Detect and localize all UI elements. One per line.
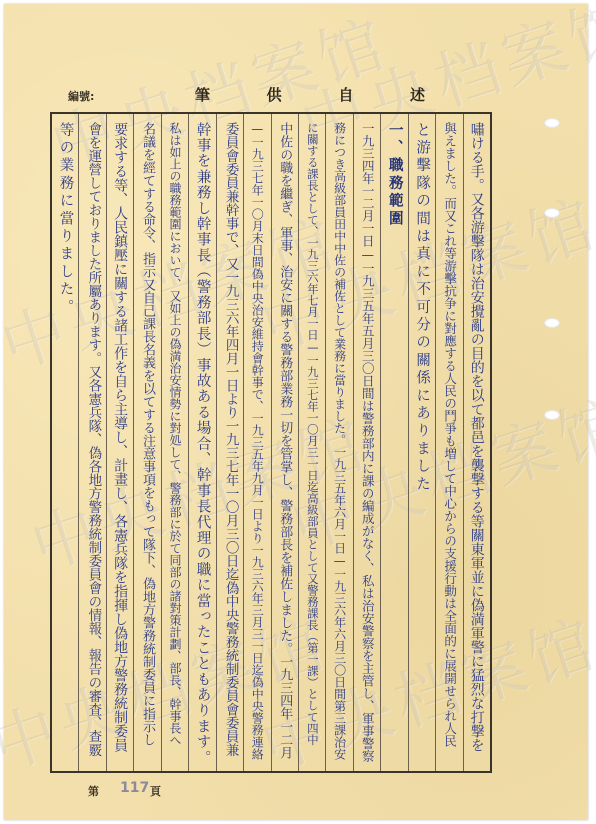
column-text: 幹事を兼務し幹事長（警務部長）事故ある場合、幹事長代理の職に當ったこともあります… bbox=[195, 122, 210, 766]
manuscript-column: 名議を經てする命令、指示又自己課長名義を以てする注意事項をもって隊下、偽地方警務… bbox=[133, 114, 160, 771]
manuscript-column: と游擊隊の間は真に不可分の關係にありました bbox=[408, 114, 435, 771]
serial-number-label: 編號: bbox=[68, 88, 94, 104]
column-text: 要求する等、人民鎮壓に關する諸工作を自ら主導し、計畫し、各憲兵隊を指揮し偽地方警… bbox=[113, 122, 127, 752]
column-text: 中佐の職を繼ぎ、軍事、治安に關する警務部業務一切を管掌し、警務部長を補佐しました… bbox=[278, 122, 291, 759]
manuscript-column: 要求する等、人民鎮壓に關する諸工作を自ら主導し、計畫し、各憲兵隊を指揮し偽地方警… bbox=[106, 114, 133, 771]
manuscript-column: 中佐の職を繼ぎ、軍事、治安に關する警務部業務一切を管掌し、警務部長を補佐しました… bbox=[271, 114, 298, 771]
column-text: 等の業務に當りました。 bbox=[58, 122, 73, 317]
column-text: 與えました。而又これ等游擊抗争に對應する人民の鬥爭も増して中心からの支援行動は全… bbox=[443, 122, 456, 747]
title-char: 筆 bbox=[195, 84, 210, 105]
manuscript-column: 私は如上の職務範圍において、又如上の偽満治安情勢に對処して、警務部に於て同部の諸… bbox=[161, 114, 188, 771]
page-prefix: 第 bbox=[88, 783, 99, 799]
column-text: —一九三七年一〇月末日間偽中央治安維持會幹事で、一九三五年九月一日より一九三六年… bbox=[251, 122, 263, 760]
manuscript-grid: 嘯ける手。又各游擊隊は治安攪亂の目的を以て都邑を襲撃する等關東軍並に偽満軍警に猛… bbox=[50, 112, 492, 773]
manuscript-column: 嘯ける手。又各游擊隊は治安攪亂の目的を以て都邑を襲撃する等關東軍並に偽満軍警に猛… bbox=[463, 114, 490, 771]
column-text: に關する課長として、一九三六年七月一日—一九三七年一〇月三一日迄高級部員として又… bbox=[306, 122, 318, 746]
section-heading: 一、職務範圍 bbox=[387, 122, 402, 228]
form-title: 筆 供 自 述 bbox=[195, 84, 425, 105]
column-text: 委員會委員兼幹事で、又一九三六年四月一日より一九三七年一〇月三〇日迄偽中央警務統… bbox=[223, 122, 237, 757]
column-text: 一九三四年一二月一日—一九三五年五月三〇日間は警務部内に課の編成がなく、私は治安… bbox=[361, 122, 374, 762]
manuscript-column: 一、職務範圍 bbox=[380, 114, 407, 771]
manuscript-column: に關する課長として、一九三六年七月一日—一九三七年一〇月三一日迄高級部員として又… bbox=[298, 114, 325, 771]
punch-hole bbox=[544, 118, 560, 128]
manuscript-column: 委員會委員兼幹事で、又一九三六年四月一日より一九三七年一〇月三〇日迄偽中央警務統… bbox=[216, 114, 243, 771]
column-text: と游擊隊の間は真に不可分の關係にありました bbox=[415, 122, 430, 494]
column-text: 務につき高級部員田中中佐の補佐として業務に當りました。一九三五年六月一日—一九三… bbox=[334, 122, 346, 760]
column-text: 會を運營しておりました所屬あります。又各憲兵隊、偽各地方警務統制委員會の情報、報… bbox=[86, 122, 100, 757]
manuscript-column: 務につき高級部員田中中佐の補佐として業務に當りました。一九三五年六月一日—一九三… bbox=[325, 114, 352, 771]
page-suffix: 頁 bbox=[150, 783, 161, 799]
manuscript-column: 與えました。而又これ等游擊抗争に對應する人民の鬥爭も増して中心からの支援行動は全… bbox=[435, 114, 462, 771]
column-text: 嘯ける手。又各游擊隊は治安攪亂の目的を以て都邑を襲撃する等關東軍並に偽満軍警に猛… bbox=[470, 122, 484, 752]
page-number: 117 bbox=[120, 780, 149, 796]
punch-hole bbox=[544, 208, 560, 218]
manuscript-column: 一九三四年一二月一日—一九三五年五月三〇日間は警務部内に課の編成がなく、私は治安… bbox=[353, 114, 380, 771]
manuscript-column: 等の業務に當りました。 bbox=[52, 114, 78, 771]
manuscript-column: —一九三七年一〇月末日間偽中央治安維持會幹事で、一九三五年九月一日より一九三六年… bbox=[243, 114, 270, 771]
title-char: 供 bbox=[267, 84, 282, 105]
column-text: 私は如上の職務範圍において、又如上の偽満治安情勢に對処して、警務部に於て同部の諸… bbox=[169, 122, 181, 746]
manuscript-column: 幹事を兼務し幹事長（警務部長）事故ある場合、幹事長代理の職に當ったこともあります… bbox=[188, 114, 215, 771]
title-char: 自 bbox=[338, 84, 353, 105]
title-char: 述 bbox=[410, 84, 425, 105]
punch-hole bbox=[544, 410, 560, 420]
column-text: 名議を經てする命令、指示又自己課長名義を以てする注意事項をもって隊下、偽地方警務… bbox=[141, 122, 154, 746]
manuscript-column: 會を運營しておりました所屬あります。又各憲兵隊、偽各地方警務統制委員會の情報、報… bbox=[78, 114, 105, 771]
punch-hole bbox=[544, 318, 560, 328]
